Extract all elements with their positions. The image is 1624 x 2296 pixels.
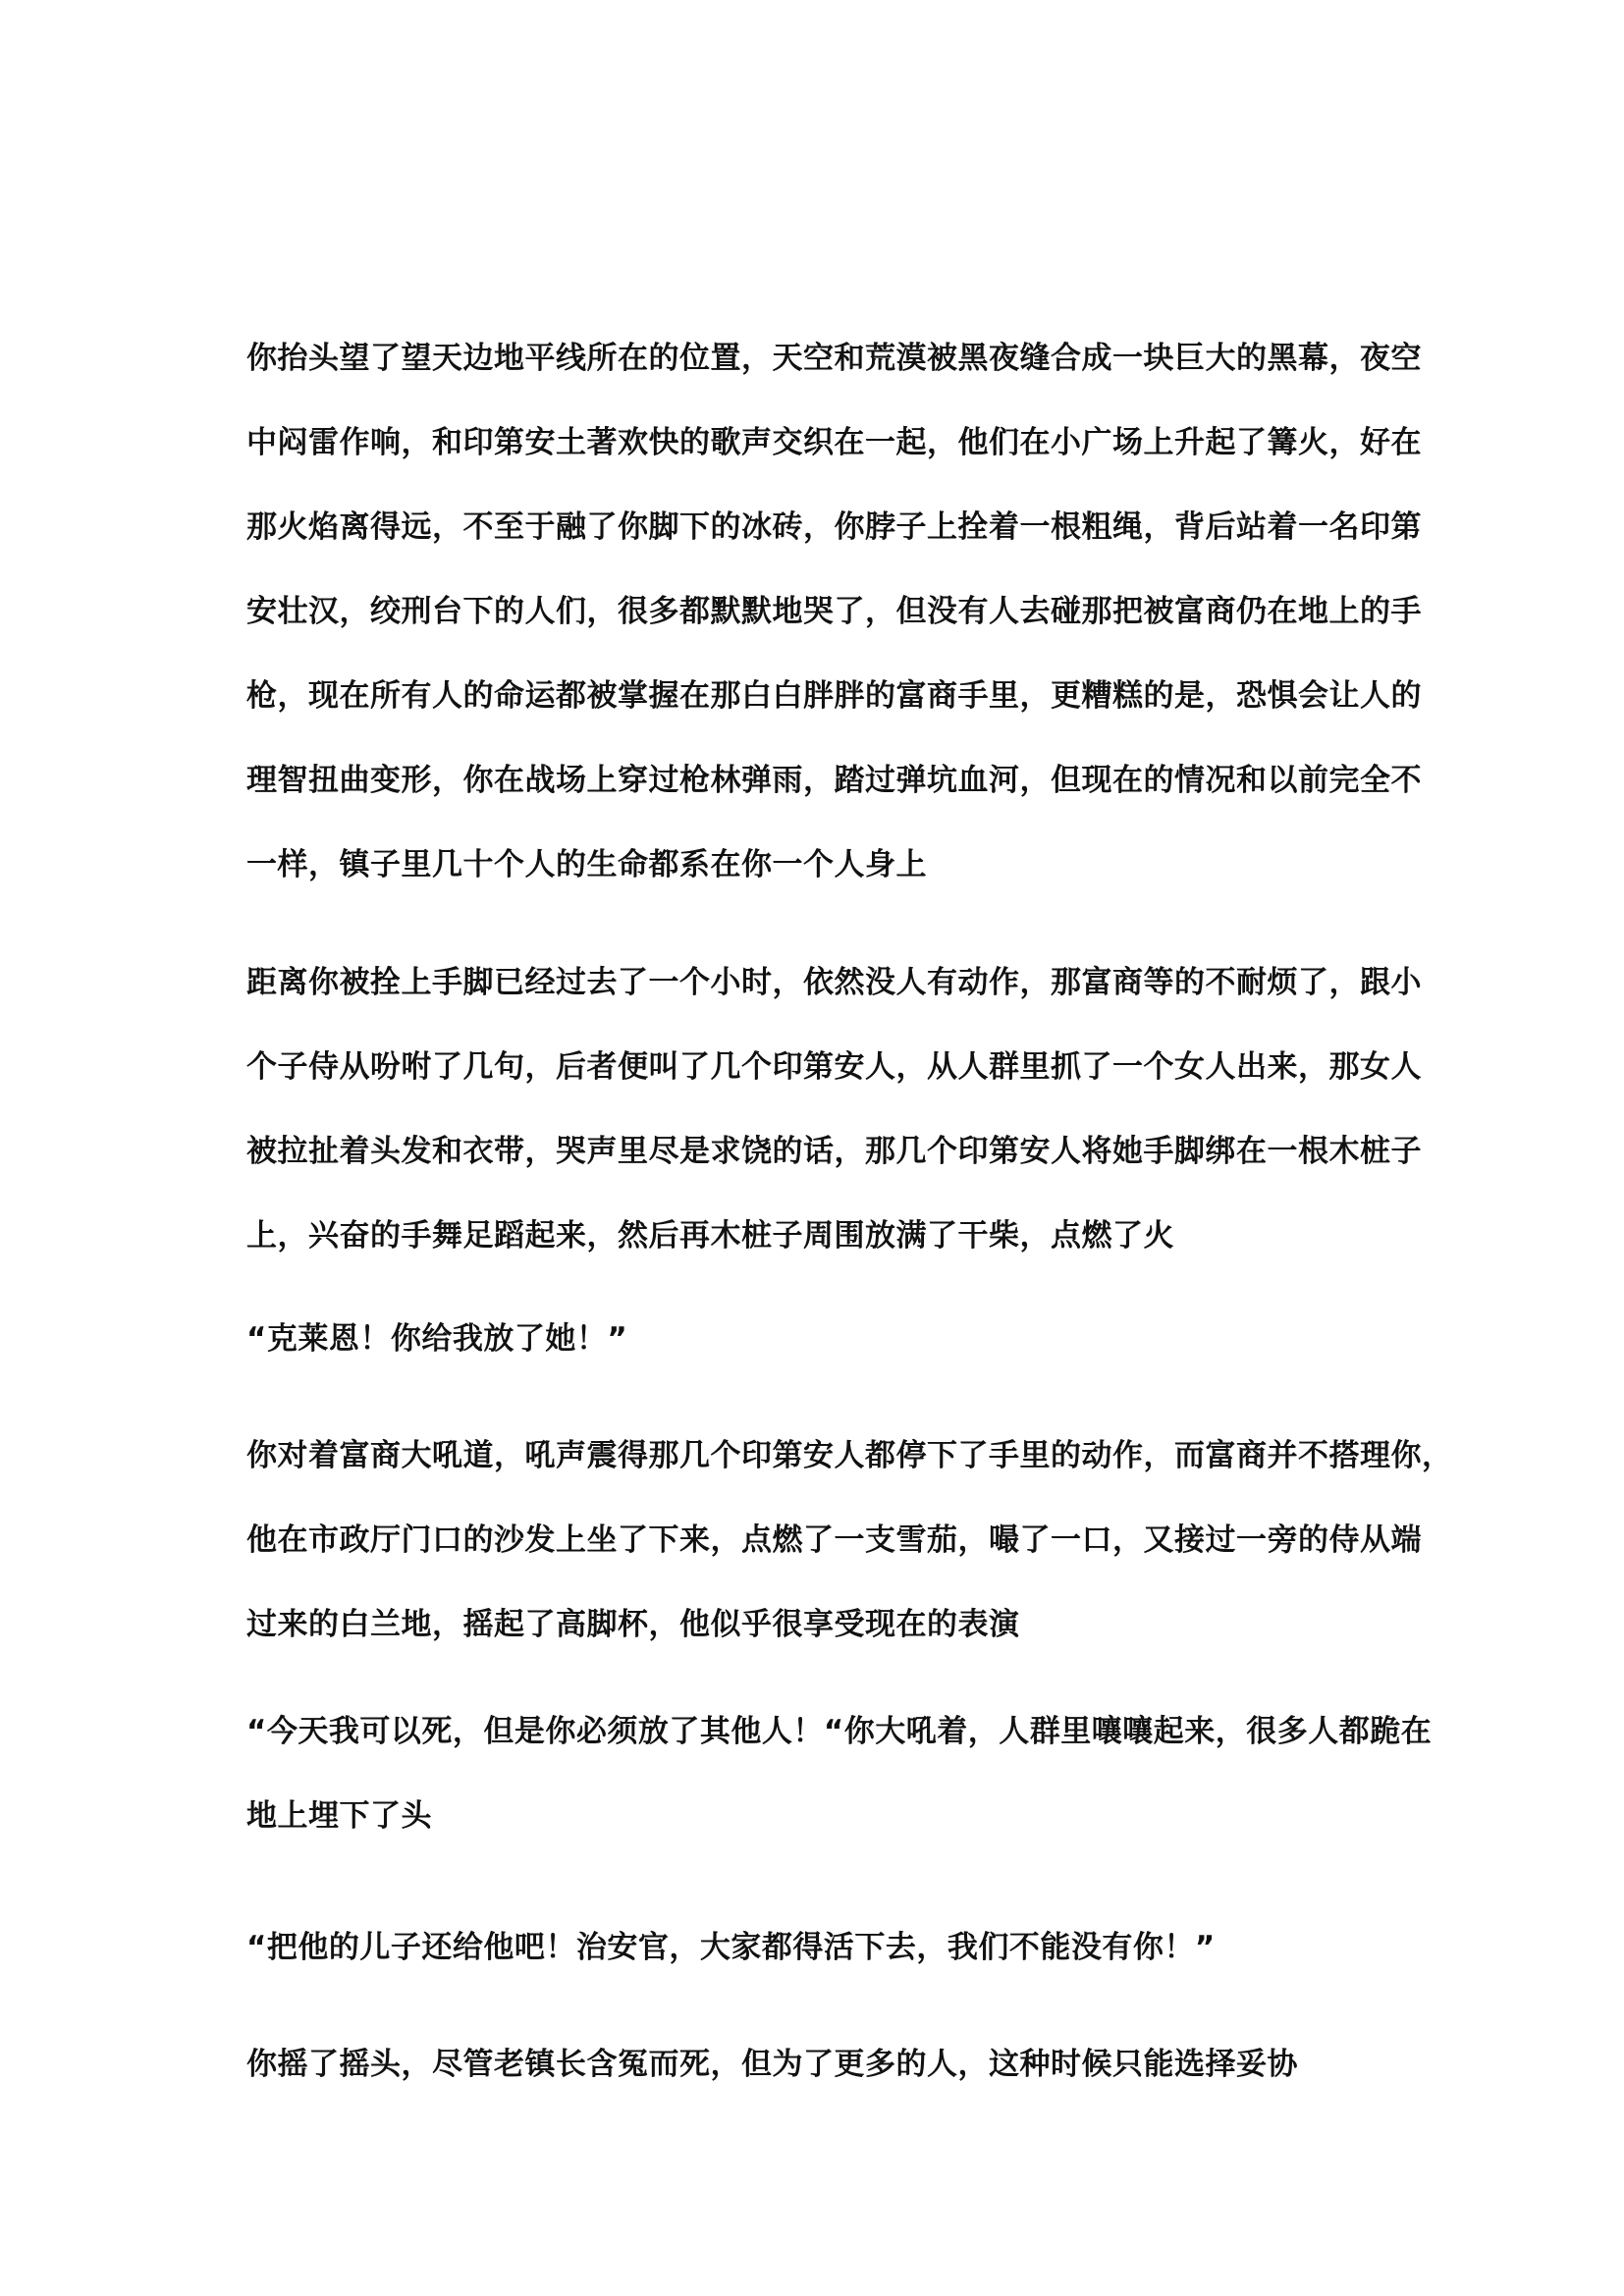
text-line: 距离你被拴上手脚已经过去了一个小时，依然没人有动作，那富商等的不耐烦了，跟小	[246, 940, 1395, 1025]
paragraph-5: “今天我可以死，但是你必须放了其他人！“你大吼着，人群里嚷嚷起来，很多人都跪在 …	[246, 1689, 1395, 1858]
text-line: 一样，镇子里几十个人的生命都系在你一个人身上	[246, 823, 1395, 907]
text-line: “今天我可以死，但是你必须放了其他人！“你大吼着，人群里嚷嚷起来，很多人都跪在	[246, 1689, 1395, 1774]
text-line: 理智扭曲变形，你在战场上穿过枪林弹雨，踏过弹坑血河，但现在的情况和以前完全不	[246, 738, 1395, 823]
text-line: 过来的白兰地，摇起了高脚杯，他似乎很享受现在的表演	[246, 1582, 1395, 1667]
text-line: 你对着富商大吼道，吼声震得那几个印第安人都停下了手里的动作，而富商并不搭理你，	[246, 1414, 1395, 1498]
text-line: “把他的儿子还给他吧！治安官，大家都得活下去，我们不能没有你！”	[246, 1905, 1395, 1990]
text-line: 地上埋下了头	[246, 1774, 1395, 1858]
text-line: 那火焰离得远，不至于融了你脚下的冰砖，你脖子上拴着一根粗绳，背后站着一名印第	[246, 485, 1395, 569]
document-page: 你抬头望了望天边地平线所在的位置，天空和荒漠被黑夜缝合成一块巨大的黑幕，夜空 中…	[0, 0, 1624, 2296]
paragraph-6: “把他的儿子还给他吧！治安官，大家都得活下去，我们不能没有你！”	[246, 1905, 1395, 1990]
paragraph-7: 你摇了摇头，尽管老镇长含冤而死，但为了更多的人，这种时候只能选择妥协	[246, 2022, 1395, 2107]
text-line: 中闷雷作响，和印第安土著欢快的歌声交织在一起，他们在小广场上升起了篝火，好在	[246, 400, 1395, 485]
paragraph-2: 距离你被拴上手脚已经过去了一个小时，依然没人有动作，那富商等的不耐烦了，跟小 个…	[246, 940, 1395, 1278]
text-line: 个子侍从吩咐了几句，后者便叫了几个印第安人，从人群里抓了一个女人出来，那女人	[246, 1025, 1395, 1109]
text-line: “克莱恩！你给我放了她！”	[246, 1297, 1395, 1381]
text-line: 安壮汉，绞刑台下的人们，很多都默默地哭了，但没有人去碰那把被富商仍在地上的手	[246, 569, 1395, 654]
text-line: 被拉扯着头发和衣带，哭声里尽是求饶的话，那几个印第安人将她手脚绑在一根木桩子	[246, 1109, 1395, 1194]
text-line: 你抬头望了望天边地平线所在的位置，天空和荒漠被黑夜缝合成一块巨大的黑幕，夜空	[246, 316, 1395, 400]
paragraph-4: 你对着富商大吼道，吼声震得那几个印第安人都停下了手里的动作，而富商并不搭理你， …	[246, 1414, 1395, 1667]
text-line: 上，兴奋的手舞足蹈起来，然后再木桩子周围放满了干柴，点燃了火	[246, 1194, 1395, 1278]
paragraph-1: 你抬头望了望天边地平线所在的位置，天空和荒漠被黑夜缝合成一块巨大的黑幕，夜空 中…	[246, 316, 1395, 907]
paragraph-3: “克莱恩！你给我放了她！”	[246, 1297, 1395, 1381]
text-line: 枪，现在所有人的命运都被掌握在那白白胖胖的富商手里，更糟糕的是，恐惧会让人的	[246, 654, 1395, 738]
text-line: 他在市政厅门口的沙发上坐了下来，点燃了一支雪茄，嘬了一口，又接过一旁的侍从端	[246, 1498, 1395, 1582]
text-line: 你摇了摇头，尽管老镇长含冤而死，但为了更多的人，这种时候只能选择妥协	[246, 2022, 1395, 2107]
